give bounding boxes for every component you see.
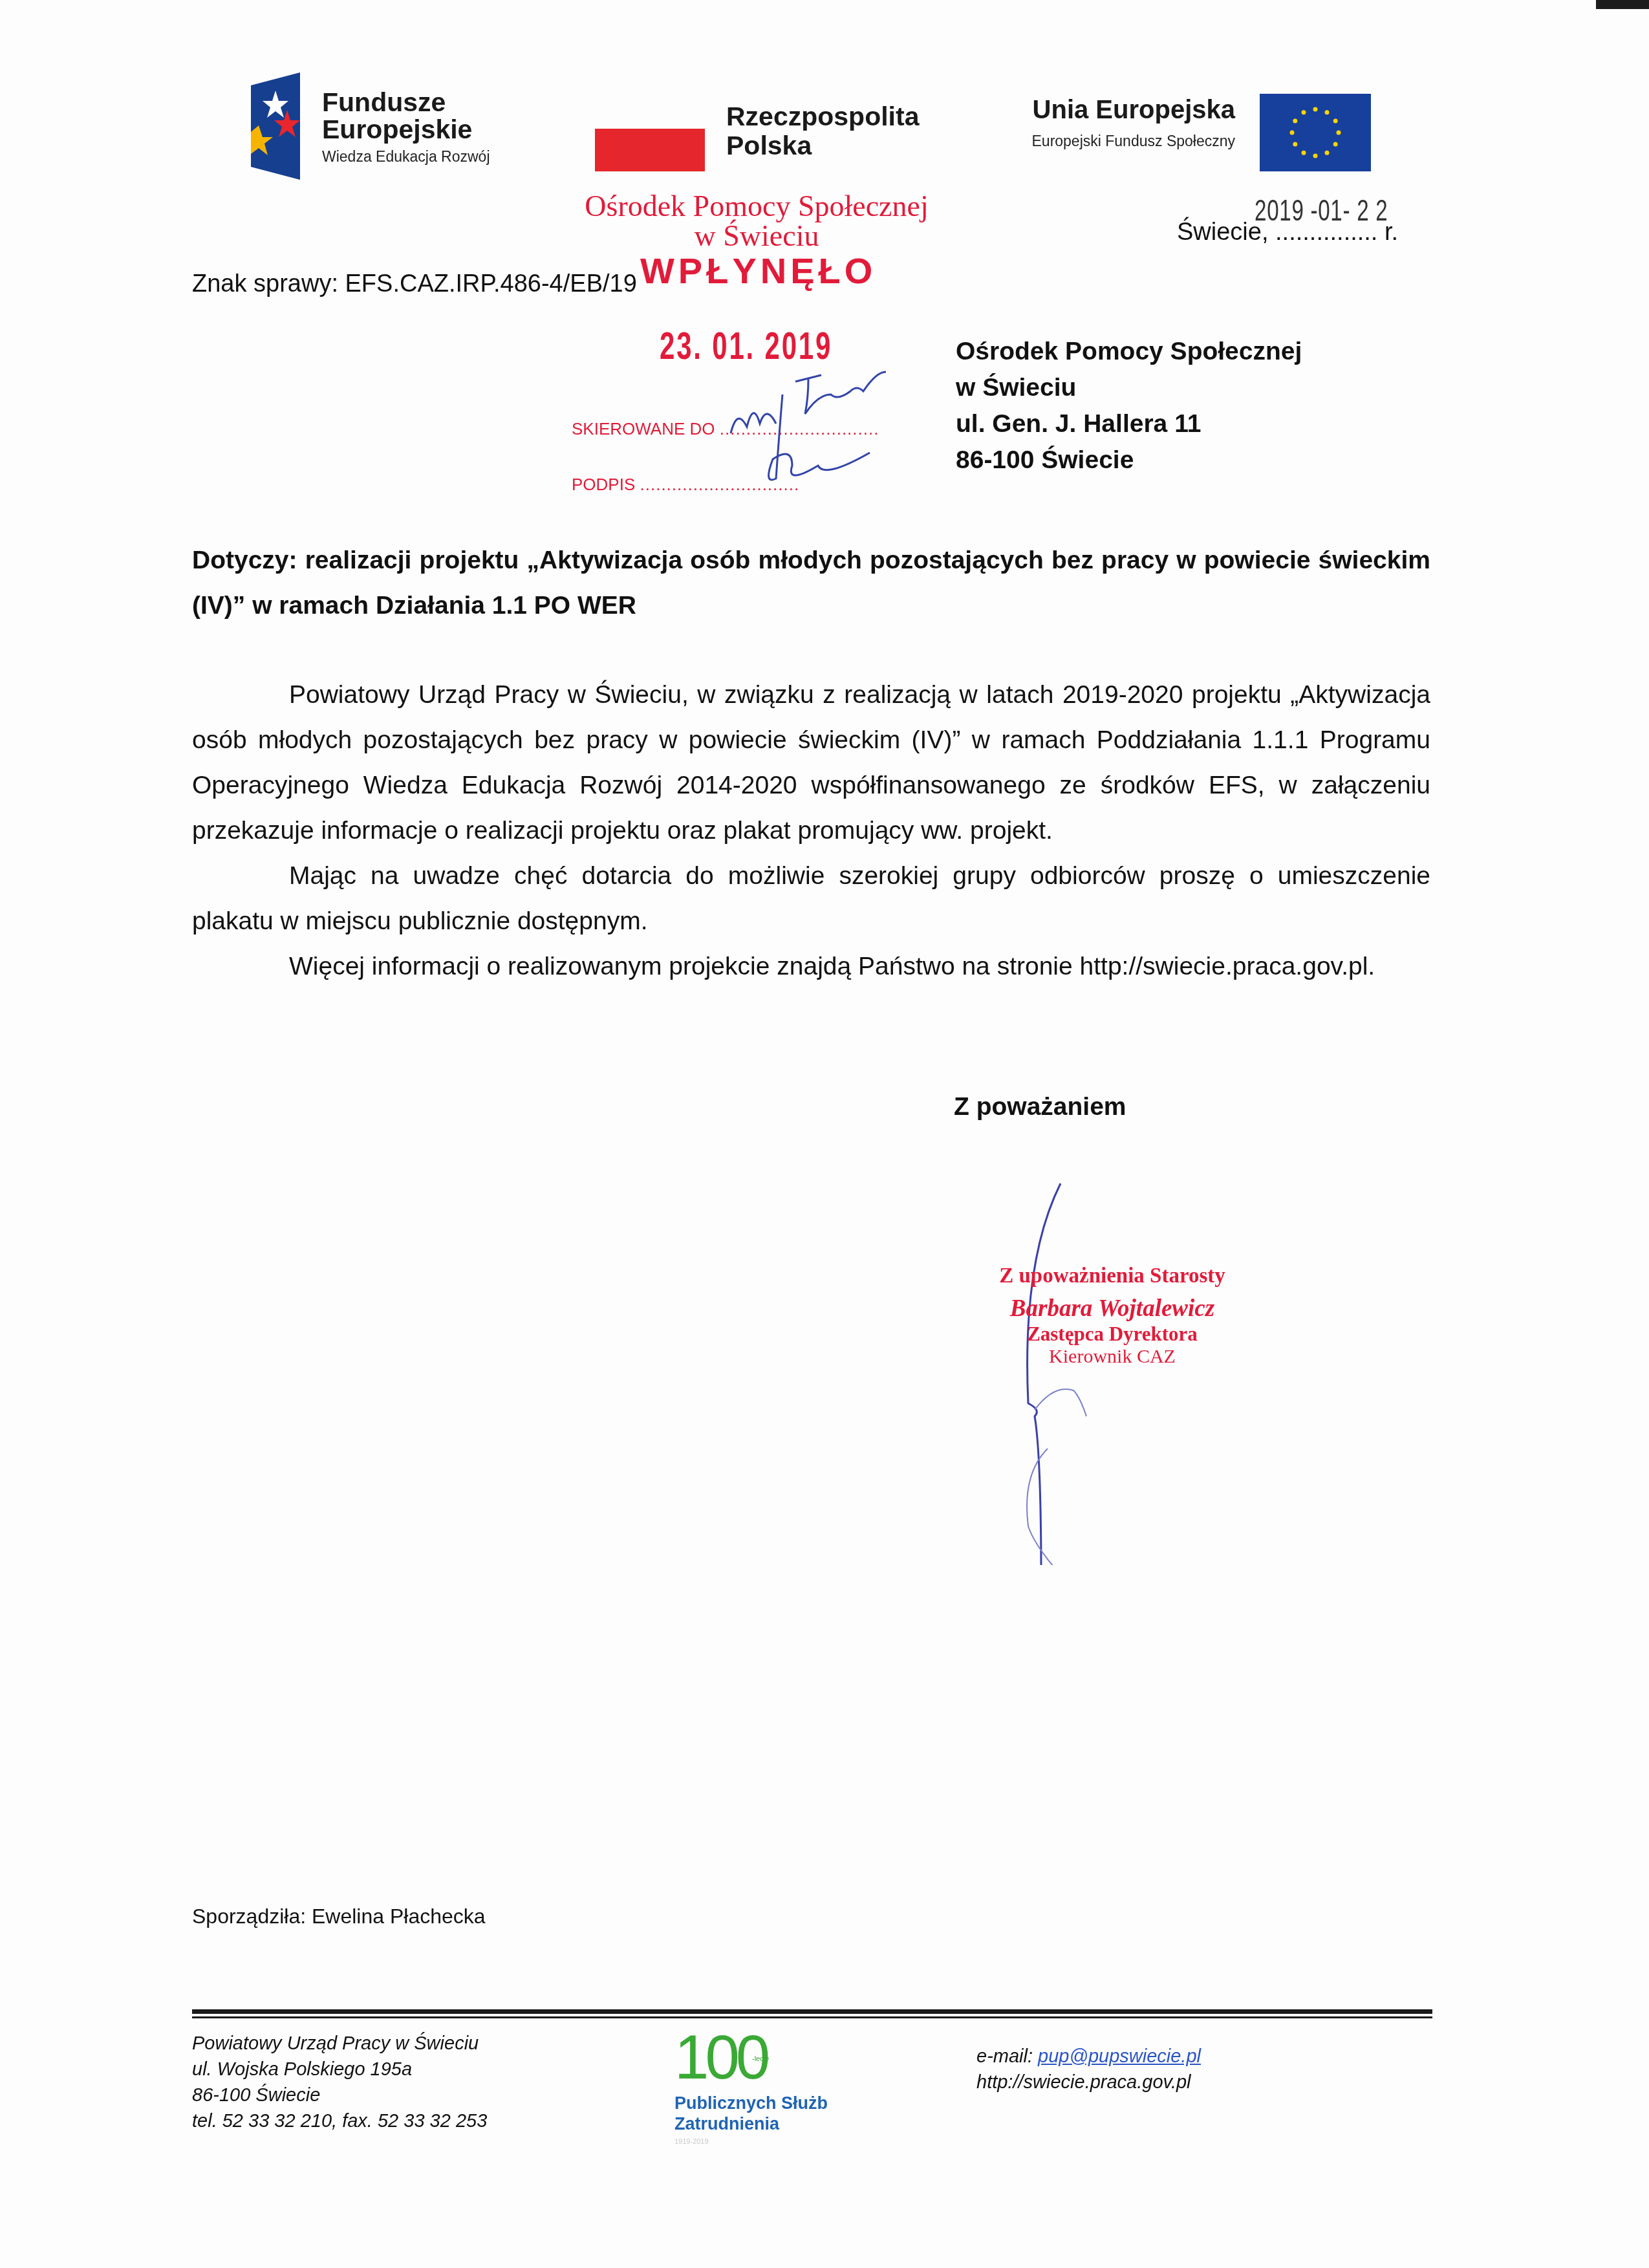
email-link[interactable]: pup@pupswiecie.pl [1038,2046,1201,2067]
rzeczpospolita-polska-text: Rzeczpospolita Polska [726,102,919,160]
unia-europejska-text: Unia Europejska Europejski Fundusz Społe… [1032,96,1236,150]
fundusze-europejskie-logo-icon [251,72,300,180]
case-reference: Znak sprawy: EFS.CAZ.IRP.486-4/EB/19 [192,270,637,298]
closing-regards: Z poważaniem [954,1093,1126,1121]
body-paragraph-1: Powiatowy Urząd Pracy w Świeciu, w związ… [192,673,1430,854]
signature-scribble-icon [996,1177,1125,1565]
body-paragraph-3: Więcej informacji o realizowanym projekc… [192,944,1430,989]
footer-divider-thin [192,2016,1432,2018]
receipt-stamp-org: Ośrodek Pomocy Społecznej w Świeciu [569,191,944,251]
polish-flag-icon [595,129,705,171]
footer-contact: e-mail: pup@pupswiecie.pl http://swiecie… [976,2044,1201,2095]
handwritten-annotation-icon [711,336,983,498]
received-stamp-label: WPŁYNĘŁO [640,250,876,292]
body-paragraph-2: Mając na uwadze chęć dotarcia do możliwi… [192,854,1430,944]
signature-stamp: Z upoważnienia Starosty Barbara Wojtalew… [970,1264,1255,1368]
footer-divider [192,2009,1432,2014]
psz-100-logo: 100 -lecie Publicznych Służb Zatrudnieni… [674,2032,828,2146]
website-text: http://swiecie.praca.gov.pl [976,2069,1201,2095]
addressee-block: Ośrodek Pomocy Społecznej w Świeciu ul. … [956,334,1302,479]
logo-100-number: 100 [674,2032,828,2084]
prepared-by: Sporządziła: Ewelina Płachecka [192,1905,486,1928]
eu-flag-icon [1260,94,1371,171]
footer-address: Powiatowy Urząd Pracy w Świeciu ul. Wojs… [192,2031,487,2134]
scan-edge-mark [1596,0,1649,9]
place-date-line: Świecie, ............... r. [1177,219,1398,246]
fundusze-europejskie-text: Fundusze Europejskie Wiedza Edukacja Roz… [322,89,490,166]
subject-line: Dotyczy: realizacji projektu „Aktywizacj… [192,538,1430,629]
